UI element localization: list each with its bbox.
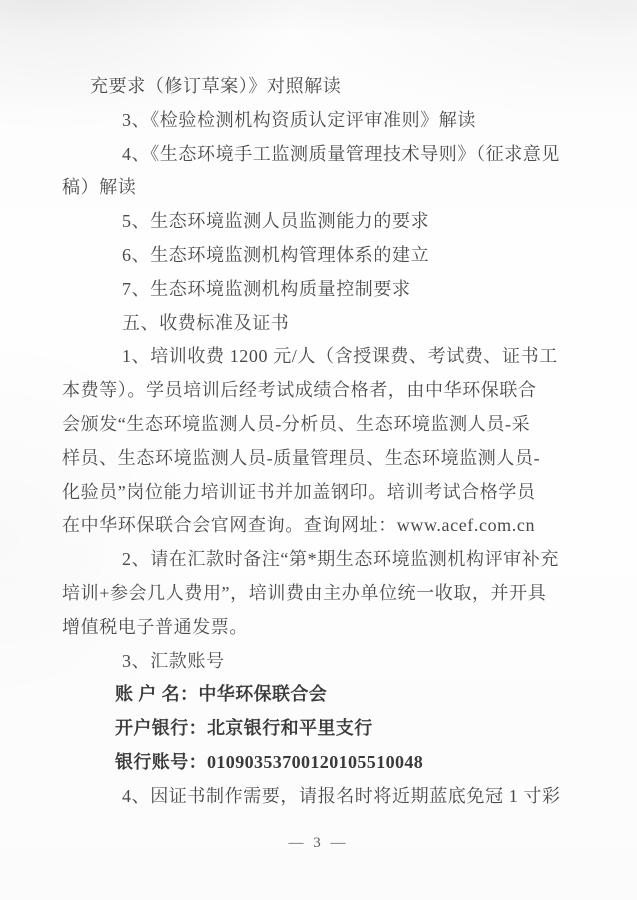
document-line: 样员、生态环境监测人员-质量管理员、生态环境监测人员- bbox=[62, 442, 562, 476]
document-line: 稿）解读 bbox=[62, 171, 562, 205]
document-line: 充要求（修订草案）》对照解读 bbox=[62, 70, 562, 104]
document-line: 2、请在汇款时备注“第*期生态环境监测机构评审补充 bbox=[62, 543, 562, 577]
document-line: 银行账号：01090353700120105510048 bbox=[62, 746, 562, 780]
document-line: 化验员”岗位能力培训证书并加盖钢印。培训考试合格学员 bbox=[62, 476, 562, 510]
document-body: 充要求（修订草案）》对照解读3、《检验检测机构资质认定评审准则》解读4、《生态环… bbox=[62, 70, 562, 814]
document-line: 五、收费标准及证书 bbox=[62, 307, 562, 341]
document-line: 5、生态环境监测人员监测能力的要求 bbox=[62, 205, 562, 239]
document-line: 3、《检验检测机构资质认定评审准则》解读 bbox=[62, 104, 562, 138]
document-line: 4、因证书制作需要，请报名时将近期蓝底免冠 1 寸彩 bbox=[62, 780, 562, 814]
document-line: 会颁发“生态环境监测人员-分析员、生态环境监测人员-采 bbox=[62, 408, 562, 442]
document-line: 4、《生态环境手工监测质量管理技术导则》（征求意见 bbox=[62, 138, 562, 172]
document-line: 3、汇款账号 bbox=[62, 645, 562, 679]
document-line: 7、生态环境监测机构质量控制要求 bbox=[62, 273, 562, 307]
document-line: 本费等）。学员培训后经考试成绩合格者，由中华环保联合 bbox=[62, 374, 562, 408]
document-line: 增值税电子普通发票。 bbox=[62, 611, 562, 645]
document-line: 6、生态环境监测机构管理体系的建立 bbox=[62, 239, 562, 273]
document-line: 1、培训收费 1200 元/人（含授课费、考试费、证书工 bbox=[62, 340, 562, 374]
document-line: 账 户 名：中华环保联合会 bbox=[62, 678, 562, 712]
document-line: 在中华环保联合会官网查询。查询网址：www.acef.com.cn bbox=[62, 509, 562, 543]
document-line: 培训+参会几人费用”，培训费由主办单位统一收取，并开具 bbox=[62, 577, 562, 611]
document-line: 开户银行：北京银行和平里支行 bbox=[62, 712, 562, 746]
page-number: — 3 — bbox=[0, 835, 637, 852]
document-page: 充要求（修订草案）》对照解读3、《检验检测机构资质认定评审准则》解读4、《生态环… bbox=[0, 0, 637, 900]
